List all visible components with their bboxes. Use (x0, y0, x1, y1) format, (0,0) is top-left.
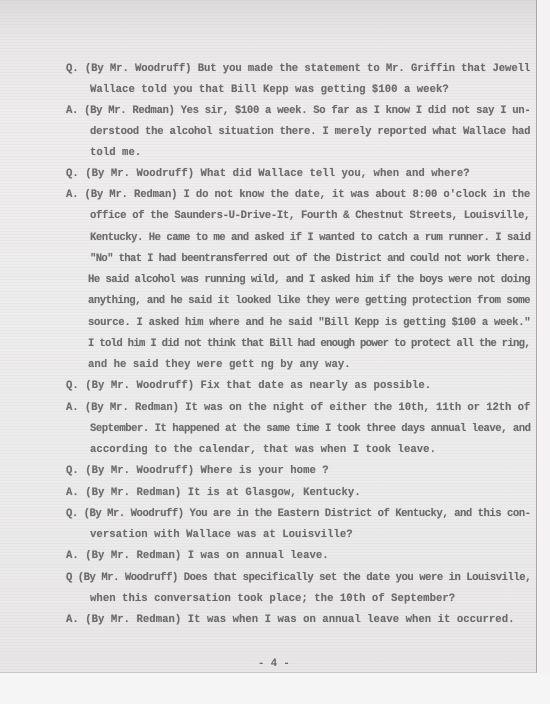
transcript-line: and he said they were gett ng by any way… (88, 359, 351, 371)
transcript-line: Q. (By Mr. Woodruff) Fix that date as ne… (66, 380, 431, 392)
transcript-line: Q. (By Mr. Woodruff) Where is your home … (66, 465, 329, 477)
transcript-line: Q. (By Mr. Woodruff) But you made the st… (66, 63, 530, 75)
transcript-line: A. (By Mr. Redman) It is at Glasgow, Ken… (66, 487, 361, 499)
transcript-line: A. (By Mr. Redman) I was on annual leave… (66, 550, 329, 562)
page-number: - 4 - (258, 658, 290, 670)
transcript-line: I told him I did not think that Bill had… (88, 338, 530, 350)
transcript-line: A. (By Mr. Redman) It was when I was on … (66, 614, 515, 626)
transcript-line: derstood the alcohol situation there. I … (90, 126, 530, 138)
transcript-line: September. It happened at the same time … (90, 423, 531, 435)
scan-margin (0, 673, 550, 704)
transcript-line: office of the Saunders-U-Drive-It, Fourt… (90, 210, 530, 222)
transcript-line: Q (By Mr. Woodruff) Does that specifical… (66, 572, 531, 584)
transcript-line: according to the calendar, that was when… (90, 444, 436, 456)
transcript-line: A. (By Mr. Redman) It was on the night o… (66, 402, 530, 414)
transcript-line: anything, and he said it looked like the… (88, 295, 530, 307)
transcript-line: "No" that I had beentransferred out of t… (90, 253, 530, 265)
transcript-line: told me. (90, 147, 141, 159)
transcript-line: Kentucky. He came to me and asked if I w… (90, 232, 531, 244)
transcript-line: A. (By Mr. Redman) Yes sir, $100 a week.… (66, 105, 530, 117)
transcript-line: source. I asked him where and he said "B… (88, 317, 530, 329)
transcript-line: when this conversation took place; the 1… (90, 593, 455, 605)
transcript-line: Q. (By Mr. Woodruff) You are in the East… (66, 508, 531, 520)
transcript-line: He said alcohol was running wild, and I … (88, 274, 530, 286)
transcript-line: A. (By Mr. Redman) I do not know the dat… (66, 189, 530, 201)
transcript-line: Q. (By Mr. Woodruff) What did Wallace te… (66, 168, 470, 180)
transcript-line: versation with Wallace was at Louisville… (90, 529, 353, 541)
document-page: Q. (By Mr. Woodruff) But you made the st… (0, 0, 537, 673)
transcript-line: Wallace told you that Bill Kepp was gett… (90, 84, 449, 96)
